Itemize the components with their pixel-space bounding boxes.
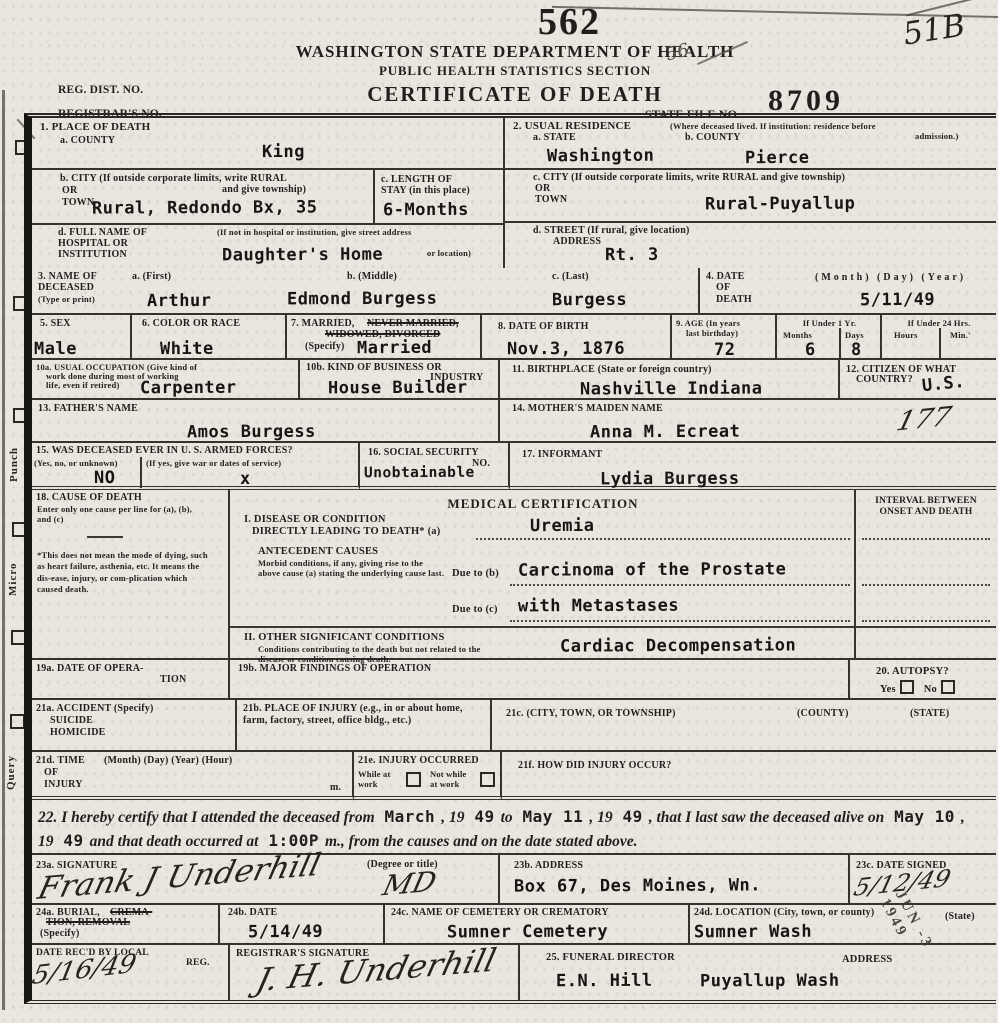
section-13-fathers-name: 13. FATHER'S NAME Amos Burgess bbox=[32, 400, 500, 443]
days-value: 8 bbox=[851, 340, 862, 360]
field-21a-label: 21a. ACCIDENT (Specify) bbox=[36, 703, 153, 715]
query-checkbox bbox=[10, 714, 25, 729]
field-2d-label2: ADDRESS bbox=[553, 236, 601, 248]
field-ii-label: II. OTHER SIGNIFICANT CONDITIONS bbox=[244, 632, 445, 644]
section-title: PUBLIC HEALTH STATISTICS SECTION bbox=[130, 63, 900, 79]
query-label: Query bbox=[5, 732, 17, 790]
field-1d-label3: INSTITUTION bbox=[58, 249, 127, 261]
field-7-specify: (Specify) bbox=[305, 341, 345, 353]
field-2c-town: TOWN bbox=[535, 194, 567, 206]
section-9-under-1yr: If Under 1 Yr. Months Days 6 8 bbox=[777, 315, 882, 360]
field-13-value: Amos Burgess bbox=[187, 422, 316, 443]
field-15-note1: (Yes, no, or unknown) bbox=[34, 458, 118, 468]
field-2d-street-value: Rt. 3 bbox=[605, 245, 659, 265]
months-value: 6 bbox=[805, 340, 816, 360]
field-21b-label: 21b. PLACE OF INJURY (e.g., in or about … bbox=[243, 703, 481, 727]
field-23b-label: 23b. ADDRESS bbox=[514, 860, 583, 872]
section-5-sex: 5. SEX Male bbox=[32, 315, 132, 360]
field-6-value: White bbox=[160, 339, 214, 359]
section-24a-burial: 24a. BURIAL, CREMA- TION, REMOVAL (Speci… bbox=[32, 905, 220, 945]
field-16-value: Unobtainable bbox=[364, 465, 475, 482]
divider-dash bbox=[87, 536, 123, 538]
attended-from-value: March bbox=[379, 807, 442, 826]
field-9-label: 9. AGE (In years bbox=[676, 318, 740, 328]
field-3-middle-value: Edmond Burgess bbox=[287, 289, 437, 310]
department-title: WASHINGTON STATE DEPARTMENT OF HEALTH bbox=[130, 42, 900, 62]
date-received-cell: DATE REC'D BY LOCAL REG. 5/16/49 bbox=[32, 945, 230, 1000]
while-at-work-checkbox bbox=[406, 772, 421, 787]
degree-value: MD bbox=[379, 865, 439, 902]
under-1yr-label: If Under 1 Yr. bbox=[777, 318, 882, 328]
field-1b-city-value: Rural, Redondo Bx, 35 bbox=[92, 197, 318, 218]
field-24b-value: 5/14/49 bbox=[248, 922, 323, 942]
section-7-marital-status: 7. MARRIED, NEVER MARRIED, WIDOWED, DIVO… bbox=[287, 315, 482, 360]
field-21d-columns: (Month) (Day) (Year) (Hour) bbox=[104, 755, 232, 767]
field-2-note: (Where deceased lived. If institution: r… bbox=[670, 121, 876, 131]
field-1b-label2: and give township) bbox=[222, 184, 306, 196]
field-19b-label: 19b. MAJOR FINDINGS OF OPERATION bbox=[238, 663, 431, 675]
document-number: 562 bbox=[538, 0, 601, 44]
field-4-title3: DEATH bbox=[716, 294, 752, 306]
field-2b-label: b. COUNTY bbox=[685, 132, 741, 144]
interval-label: INTERVAL BETWEEN ONSET AND DEATH bbox=[862, 496, 990, 518]
leader-line-a bbox=[476, 538, 850, 540]
section-17-informant: 17. INFORMANT Lydia Burgess bbox=[510, 443, 996, 490]
hours-label: Hours bbox=[894, 330, 918, 340]
section-8-date-of-birth: 8. DATE OF BIRTH Nov.3, 1876 bbox=[482, 315, 672, 360]
section-10b-business: 10b. KIND OF BUSINESS OR INDUSTRY House … bbox=[300, 360, 500, 400]
field-3-title2: DECEASED bbox=[38, 282, 94, 294]
field-2c-label: c. CITY (If outside corporate limits, wr… bbox=[533, 172, 845, 184]
min-label: Min.' bbox=[950, 330, 971, 340]
field-3a-label: a. (First) bbox=[132, 271, 171, 283]
field-1a-label: a. COUNTY bbox=[60, 135, 115, 147]
cause-a-value: Uremia bbox=[530, 516, 595, 536]
section-23a-signature: 23a. SIGNATURE Frank J Underhill (Degree… bbox=[32, 855, 500, 905]
last-seen-year-value: 49 bbox=[57, 831, 89, 850]
field-4-date-value: 5/11/49 bbox=[860, 290, 935, 310]
section-20-autopsy: 20. AUTOPSY? YesNo bbox=[850, 660, 996, 700]
field-23b-value: Box 67, Des Moines, Wn. bbox=[514, 875, 761, 896]
field-15-value: NO bbox=[94, 468, 116, 488]
section-21d-time-of-injury: 21d. TIME OF INJURY (Month) (Day) (Year)… bbox=[32, 752, 354, 800]
field-3-first-value: Arthur bbox=[147, 291, 212, 311]
micro-label: Micro bbox=[7, 538, 19, 596]
date-received-label2: REG. bbox=[186, 958, 210, 969]
physician-signature: Frank J Underhill bbox=[34, 847, 324, 907]
under-24hrs-label: If Under 24 Hrs. bbox=[882, 318, 996, 328]
section-23b-address: 23b. ADDRESS Box 67, Des Moines, Wn. bbox=[500, 855, 850, 905]
due-to-b-label: Due to (b) bbox=[452, 568, 499, 580]
section-1-place-of-death: 1. PLACE OF DEATH a. COUNTY King b. CITY… bbox=[32, 118, 505, 268]
field-21d-injury: INJURY bbox=[44, 779, 83, 791]
field-15-label: 15. WAS DECEASED EVER IN U. S. ARMED FOR… bbox=[36, 445, 293, 457]
section-21b-place-of-injury: 21b. PLACE OF INJURY (e.g., in or about … bbox=[237, 700, 492, 752]
field-3b-label: b. (Middle) bbox=[347, 271, 397, 283]
field-2c-city-value: Rural-Puyallup bbox=[705, 194, 855, 215]
field-4-title2: OF bbox=[716, 282, 730, 294]
field-21d-of: OF bbox=[44, 767, 58, 779]
field-8-label: 8. DATE OF BIRTH bbox=[498, 321, 589, 333]
section-12-citizen: 12. CITIZEN OF WHAT COUNTRY? U.S. bbox=[840, 360, 996, 400]
not-while-at-work-checkbox bbox=[480, 772, 495, 787]
section-14-mothers-maiden-name: 14. MOTHER'S MAIDEN NAME Anna M. Ecreat … bbox=[500, 400, 996, 443]
field-6-label: 6. COLOR OR RACE bbox=[142, 318, 240, 330]
field-24d-state-label: (State) bbox=[945, 911, 975, 923]
field-3-last-value: Burgess bbox=[552, 290, 627, 310]
section-10a-occupation: 10a. USUAL OCCUPATION (Give kind of work… bbox=[32, 360, 300, 400]
handwritten-annotation: 177 bbox=[893, 401, 954, 437]
not-while-label: Not while bbox=[430, 769, 467, 779]
field-9-label2: last birthday) bbox=[686, 328, 738, 338]
section-21a-accident: 21a. ACCIDENT (Specify) SUICIDE HOMICIDE bbox=[32, 700, 237, 752]
funeral-director-address-value: Puyallup Wash bbox=[700, 971, 840, 992]
interval-leader-2 bbox=[862, 584, 990, 586]
field-i-label: I. DISEASE OR CONDITION bbox=[244, 514, 386, 526]
scan-edge-line bbox=[2, 90, 5, 1010]
leader-line-b bbox=[510, 584, 850, 586]
work-label: work bbox=[358, 779, 378, 789]
section-24c-cemetery: 24c. NAME OF CEMETERY OR CREMATORY Sumne… bbox=[385, 905, 690, 945]
last-seen-value: May 10 bbox=[888, 807, 961, 826]
section-19b-major-findings: 19b. MAJOR FINDINGS OF OPERATION bbox=[230, 660, 850, 700]
field-11-value: Nashville Indiana bbox=[580, 379, 763, 400]
field-1-title: 1. PLACE OF DEATH bbox=[40, 121, 150, 134]
autopsy-no-label: No bbox=[924, 684, 937, 695]
field-15-note2: (If yes, give war or dates of service) bbox=[146, 458, 281, 468]
field-24b-label: 24b. DATE bbox=[228, 907, 277, 919]
while-at-label: While at bbox=[358, 769, 391, 779]
field-2a-state-value: Washington bbox=[547, 146, 654, 167]
field-12-label2: COUNTRY? bbox=[856, 374, 913, 386]
field-21c-label: 21c. (CITY, TOWN, OR TOWNSHIP) bbox=[506, 708, 676, 720]
section-4-date-of-death: 4. DATE OF DEATH (Month) (Day) (Year) 5/… bbox=[700, 268, 996, 315]
field-2b-county-value: Pierce bbox=[745, 148, 810, 168]
section-6-color-or-race: 6. COLOR OR RACE White bbox=[132, 315, 287, 360]
field-21f-label: 21f. HOW DID INJURY OCCUR? bbox=[518, 760, 671, 772]
leader-line-c bbox=[510, 620, 850, 622]
medical-certification-title: MEDICAL CERTIFICATION bbox=[230, 496, 856, 511]
field-1b-town: TOWN bbox=[62, 197, 94, 209]
autopsy-yes-checkbox bbox=[900, 680, 914, 694]
section-2-usual-residence: 2. USUAL RESIDENCE (Where deceased lived… bbox=[505, 118, 996, 268]
field-3-title3: (Type or print) bbox=[38, 294, 95, 304]
section-15-armed-forces: 15. WAS DECEASED EVER IN U. S. ARMED FOR… bbox=[32, 443, 360, 490]
section-22-certification: 22. I hereby certify that I attended the… bbox=[32, 800, 996, 855]
field-16-label: 16. SOCIAL SECURITY bbox=[368, 447, 479, 459]
interval-column: INTERVAL BETWEEN ONSET AND DEATH bbox=[856, 490, 996, 660]
field-1b-or: OR bbox=[62, 185, 77, 197]
section-9-age: 9. AGE (In years last birthday) 72 bbox=[672, 315, 777, 360]
field-24c-label: 24c. NAME OF CEMETERY OR CREMATORY bbox=[391, 907, 609, 919]
field-9-value: 72 bbox=[714, 340, 736, 360]
section-16-social-security: 16. SOCIAL SECURITY NO. Unobtainable bbox=[360, 443, 510, 490]
field-5-value: Male bbox=[34, 339, 77, 359]
field-10a-label3: life, even if retired) bbox=[46, 380, 119, 390]
field-1c-label2: STAY (in this place) bbox=[381, 185, 470, 197]
field-11-label: 11. BIRTHPLACE (State or foreign country… bbox=[512, 364, 712, 376]
field-8-value: Nov.3, 1876 bbox=[507, 339, 625, 360]
medical-section-divider bbox=[230, 626, 996, 628]
field-1c-length-value: 6-Months bbox=[383, 200, 469, 220]
months-label: Months bbox=[783, 330, 812, 340]
field-13-label: 13. FATHER'S NAME bbox=[38, 403, 138, 415]
field-14-label: 14. MOTHER'S MAIDEN NAME bbox=[512, 403, 663, 415]
section-21f-how-injury: 21f. HOW DID INJURY OCCUR? bbox=[502, 752, 996, 800]
autopsy-no-checkbox bbox=[941, 680, 955, 694]
field-21a-suicide: SUICIDE bbox=[50, 715, 93, 727]
to-year-value: 49 bbox=[616, 807, 648, 826]
field-21d-label: 21d. TIME bbox=[36, 755, 85, 767]
section-24b-date: 24b. DATE 5/14/49 bbox=[220, 905, 385, 945]
section-23c-date-signed: 23c. DATE SIGNED 5/12/49 bbox=[850, 855, 996, 905]
field-1d-note: (If not in hospital or institution, give… bbox=[217, 227, 411, 237]
field-24a-specify: (Specify) bbox=[40, 928, 80, 940]
section-19a-date-of-operation: 19a. DATE OF OPERA- TION bbox=[32, 660, 230, 700]
interval-leader-1 bbox=[862, 538, 990, 540]
field-10a-value: Carpenter bbox=[140, 378, 237, 399]
field-25-address-label: ADDRESS bbox=[842, 954, 892, 966]
section-21e-injury-occurred: 21e. INJURY OCCURRED While at work Not w… bbox=[354, 752, 502, 800]
cause-c-value: with Metastases bbox=[518, 596, 679, 617]
field-14-value: Anna M. Ecreat bbox=[590, 422, 740, 443]
field-18-note2: *This does not mean the mode of dying, s… bbox=[37, 550, 209, 596]
field-1d-note2: or location) bbox=[427, 248, 471, 258]
certification-text: 22. I hereby certify that I attended the… bbox=[32, 800, 996, 854]
field-2-note2: admission.) bbox=[915, 131, 959, 141]
field-10b-value: House Builder bbox=[328, 378, 468, 399]
antecedent-causes-label: ANTECEDENT CAUSES bbox=[258, 546, 378, 558]
field-15-mark: x bbox=[240, 469, 251, 489]
field-21d-m: m. bbox=[330, 782, 341, 794]
field-17-value: Lydia Burgess bbox=[600, 469, 740, 490]
interval-leader-3 bbox=[862, 620, 990, 622]
field-25-label: 25. FUNERAL DIRECTOR bbox=[546, 952, 675, 964]
field-1d-hospital-value: Daughter's Home bbox=[222, 245, 383, 266]
section-18-cause-of-death: 18. CAUSE OF DEATH Enter only one cause … bbox=[32, 490, 230, 660]
field-4-columns: (Month) (Day) (Year) bbox=[815, 272, 966, 284]
field-1a-county-value: King bbox=[262, 142, 305, 162]
other-conditions-value: Cardiac Decompensation bbox=[560, 635, 796, 656]
field-18-title: 18. CAUSE OF DEATH bbox=[36, 492, 142, 504]
field-20-label: 20. AUTOPSY? bbox=[876, 666, 949, 678]
field-19a-label: 19a. DATE OF OPERA- bbox=[36, 663, 144, 675]
field-24d-value: Sumner Wash bbox=[694, 922, 812, 943]
field-7-value: Married bbox=[357, 338, 432, 358]
punch-label: Punch bbox=[8, 424, 20, 482]
cause-b-value: Carcinoma of the Prostate bbox=[518, 559, 786, 580]
field-12-value: U.S. bbox=[921, 372, 966, 396]
at-work-label: at work bbox=[430, 779, 460, 789]
field-24c-value: Sumner Cemetery bbox=[447, 922, 608, 943]
field-2a-label: a. STATE bbox=[533, 132, 576, 144]
attended-to-value: May 11 bbox=[517, 807, 590, 826]
section-21c-location: 21c. (CITY, TOWN, OR TOWNSHIP) (COUNTY) … bbox=[492, 700, 996, 752]
field-19a-label2: TION bbox=[160, 674, 186, 686]
funeral-director-value: E.N. Hill bbox=[556, 971, 653, 992]
field-i-label2: DIRECTLY LEADING TO DEATH* (a) bbox=[252, 526, 440, 538]
field-10b-label: 10b. KIND OF BUSINESS OR bbox=[306, 362, 442, 374]
field-24d-label: 24d. LOCATION (City, town, or county) bbox=[694, 907, 874, 919]
field-5-label: 5. SEX bbox=[40, 318, 71, 330]
field-18-note1: Enter only one cause per line for (a), (… bbox=[37, 504, 207, 524]
section-24d-location: 24d. LOCATION (City, town, or county) (S… bbox=[690, 905, 996, 945]
days-label: Days bbox=[845, 330, 864, 340]
field-17-label: 17. INFORMANT bbox=[522, 449, 602, 461]
reg-dist-no-label: REG. DIST. NO. bbox=[58, 84, 143, 98]
section-3-name-of-deceased: 3. NAME OF DECEASED (Type or print) a. (… bbox=[32, 268, 700, 315]
field-21a-homicide: HOMICIDE bbox=[50, 727, 106, 739]
certificate-form: 1. PLACE OF DEATH a. COUNTY King b. CITY… bbox=[24, 113, 996, 1004]
registrar-signature-cell: REGISTRAR'S SIGNATURE J. H. Underhill bbox=[230, 945, 520, 1000]
field-21e-label: 21e. INJURY OCCURRED bbox=[358, 755, 479, 767]
section-11-birthplace: 11. BIRTHPLACE (State or foreign country… bbox=[500, 360, 840, 400]
medical-certification: MEDICAL CERTIFICATION I. DISEASE OR COND… bbox=[230, 490, 856, 660]
antecedent-note: Morbid conditions, if any, giving rise t… bbox=[258, 558, 446, 578]
field-21c-state: (STATE) bbox=[910, 708, 949, 720]
from-year-value: 49 bbox=[468, 807, 500, 826]
death-certificate-scan: Punch Micro Query 562 WASHINGTON STATE D… bbox=[0, 0, 998, 1023]
field-21c-county: (COUNTY) bbox=[797, 708, 849, 720]
due-to-c-label: Due to (c) bbox=[452, 604, 498, 616]
section-9-under-24hrs: If Under 24 Hrs. Hours Min.' bbox=[882, 315, 996, 360]
autopsy-yes-label: Yes bbox=[880, 684, 896, 695]
field-3c-label: c. (Last) bbox=[552, 271, 589, 283]
autopsy-options: YesNo bbox=[880, 680, 965, 696]
